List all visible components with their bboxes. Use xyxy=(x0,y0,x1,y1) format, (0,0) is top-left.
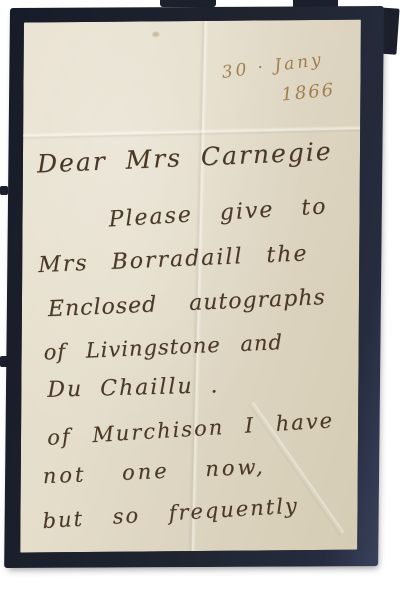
letter-body-line: of Murchison I have xyxy=(47,408,335,449)
navy-mat-board: 30 · Jany 1866 Dear Mrs Carnegie Please … xyxy=(4,6,384,568)
letter-body-line: Mrs Borradaill the xyxy=(38,241,309,278)
letter-salutation: Dear Mrs Carnegie xyxy=(37,137,333,179)
paper-stain xyxy=(152,31,160,37)
letter-body-line: Enclosed autographs xyxy=(48,285,326,322)
letter-date-day-month: 30 · Jany xyxy=(221,50,325,83)
letter-body-line: not one now, xyxy=(42,455,265,489)
letter-body-line: Please give to xyxy=(108,194,328,232)
photo-edge-artifact xyxy=(160,0,216,7)
letter-photograph: 30 · Jany 1866 Dear Mrs Carnegie Please … xyxy=(0,0,407,593)
photo-edge-artifact xyxy=(0,186,8,195)
letter-body-line: but so frequently xyxy=(42,493,299,533)
letter-body-line: Du Chaillu . xyxy=(47,373,219,403)
letter-date-year: 1866 xyxy=(281,80,336,106)
letter-body-line: of Livingstone and xyxy=(43,330,283,364)
letter-paper: 30 · Jany 1866 Dear Mrs Carnegie Please … xyxy=(20,20,361,553)
